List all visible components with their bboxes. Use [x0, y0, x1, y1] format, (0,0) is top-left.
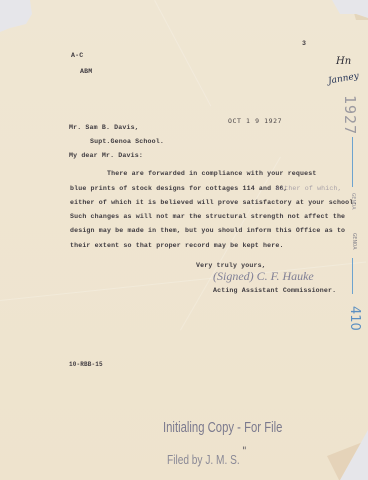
salutation: My dear Mr. Davis:: [69, 152, 143, 159]
body-line-2: blue prints of stock designs for cottage…: [70, 185, 288, 192]
initialing-copy-stamp: Initialing Copy - For File: [163, 420, 282, 436]
body-line-1: There are forwarded in compliance with y…: [107, 170, 316, 177]
body-line-5: design may be made in them, but you shou…: [70, 227, 345, 234]
recipient-title: Supt.Genoa School.: [90, 138, 164, 145]
body-line-6: their extent so that proper record may b…: [70, 242, 284, 249]
paper-crease: [154, 0, 211, 106]
torn-corner: [352, 6, 368, 20]
year-stamp: 1927: [341, 95, 359, 135]
school-stamp-2: GENOA: [351, 233, 357, 250]
page-number: 3: [302, 40, 306, 47]
date-stamp: OCT 1 9 1927: [228, 117, 282, 125]
signer-title: Acting Assistant Commissioner.: [213, 287, 336, 294]
body-line-4: Such changes as will not mar the structu…: [70, 213, 345, 220]
filed-by-stamp: Filed by J. M. S.: [167, 452, 240, 467]
recipient-name: Mr. Sam B. Davis,: [69, 124, 139, 131]
handwritten-initials: Hn: [336, 56, 351, 67]
signature-stamp: (Signed) C. F. Hauke: [213, 269, 314, 284]
valediction: Very truly yours,: [196, 262, 266, 269]
struck-text: either of which,: [276, 185, 342, 192]
file-number: 410: [347, 306, 362, 331]
body-line-3: either of which it is believed will prov…: [70, 199, 357, 206]
handwritten-mark: ": [242, 446, 247, 457]
typist-initials: ABM: [80, 68, 92, 75]
reference-code: 10-RBB-15: [69, 361, 103, 368]
folded-corner: [327, 440, 368, 480]
handwritten-name: Janney: [327, 71, 359, 86]
blue-pencil-line: [352, 258, 353, 294]
blue-pencil-line: [352, 137, 353, 187]
school-stamp: GENOA: [350, 193, 356, 210]
office-code: A-C: [71, 52, 83, 59]
letter-page: A-C ABM 3 OCT 1 9 1927 Mr. Sam B. Davis,…: [0, 0, 368, 480]
